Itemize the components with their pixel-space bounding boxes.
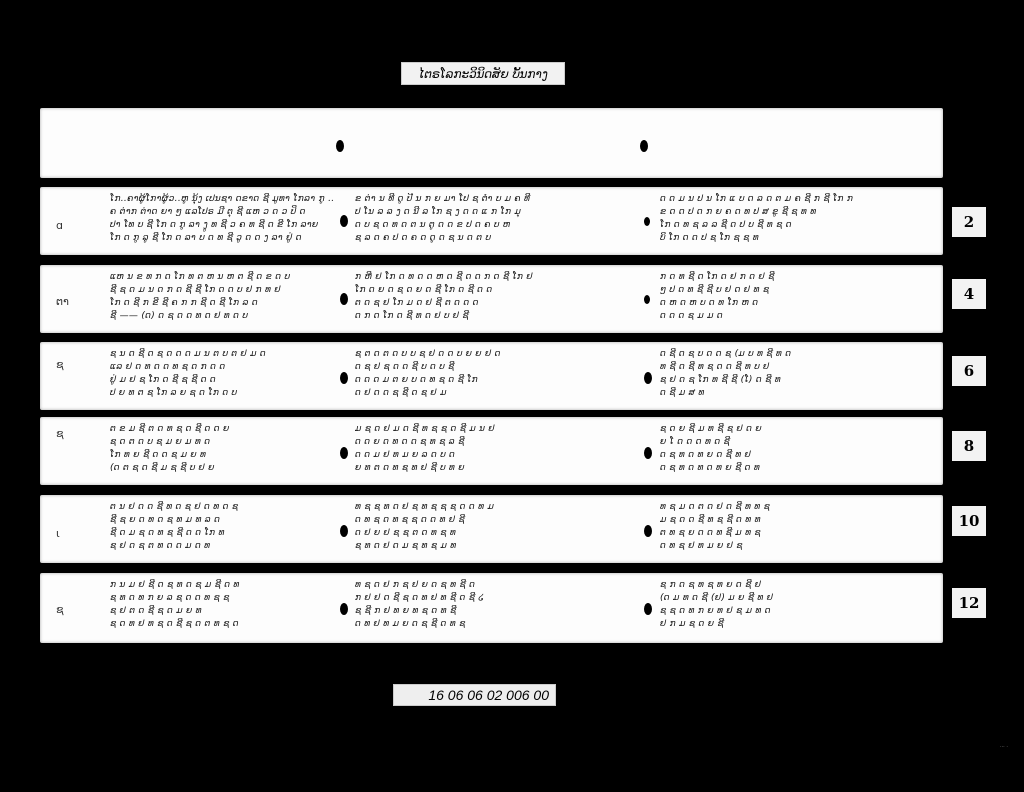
binding-hole-icon	[340, 603, 348, 615]
scan-artifact: ··· ·	[1000, 744, 1016, 752]
text-column-left: ແຫ ນ ຂ ທ ກ ດ ໂກ ທ ຕ ຫ ນ ຫ ຕ ຊີ ດ ຂ ດ ບຊີ…	[110, 271, 335, 323]
text-column-middle: ຂ ຕ່າ ນ ທີ ດູ ປີ ນ ກ ຍ ມາ ໂປ ຊ ຕຳ ບ ມ ຄ …	[355, 193, 640, 245]
document-code: 16 06 06 02 006 00	[428, 687, 549, 703]
binding-hole-icon	[340, 215, 348, 227]
leaf-number-label: 6	[952, 356, 986, 386]
binding-hole-icon	[340, 447, 348, 459]
text-column-left: ຕ ນ ຢ ດ ດ ຊີ ທ ດ ຊ ຢ ດ ທ ດ ຊຊີ ຊ ຍ ດ ທ ດ…	[110, 501, 335, 553]
text-column-middle: ຊ ຕ ດ ຕ ດ ບ ບ ຊ ຢ ດ ດ ບ ຍ ຍ ຢ ດດ ຊ ຢ ຊ ດ…	[355, 348, 640, 400]
palm-leaf-4: ຊ ຕ ຂ ມ ຊີ ຕ ດ ທ ຊ ດ ຊີ ດ ດ ຍຊ ດ ຕ ດ ບ ຊ…	[40, 417, 943, 485]
leaf-number-label: 12	[952, 588, 986, 618]
binding-hole-icon	[340, 525, 348, 537]
binding-hole-icon	[336, 140, 344, 152]
text-column-right: ຊ ກ ດ ຊ ທ ຊ ທ ຍ ດ ຊີ ຢ(ດ ມ ທ ດ ຊີ (ຢ) ມ …	[660, 579, 930, 631]
document-title-label: ໄຕຣໂລກະວິນິດສັຍ ບັ້ນກາງ	[401, 62, 565, 85]
binding-hole-icon	[340, 372, 348, 384]
text-column-right: ຊ ດ ຍ ຊີ ມ ທ ຊີ ຊ ຢ ດ ຍຍ ໂ ດ ດ ດ ທ ດ ຊີດ…	[660, 423, 930, 475]
text-column-left: ກ ນ ມ ຢ ຊີ ດ ຊ ທ ດ ຊ ມ ຊີ ດ ທຊ ທ ດ ທ ກ ຍ…	[110, 579, 335, 631]
folio-mark: ຊ	[56, 427, 64, 440]
binding-hole-icon	[644, 525, 652, 537]
leaf-number-label: 2	[952, 207, 986, 237]
text-column-left: ຊ ນ ດ ຊີ ດ ຊ ດ ດ ດ ມ ນ ຕ ບ ຕ ຢ ມ ດແລ ຢ ດ…	[110, 348, 335, 400]
document-title: ໄຕຣໂລກະວິນິດສັຍ ບັ້ນກາງ	[418, 67, 547, 81]
text-column-middle: ທ ຊ ຊ ທ ດ ຢ ຊ ທ ຊ ຊ ຊ ດ ດ ທ ມດ ທ ຊ ດ ທ ຊ…	[355, 501, 640, 553]
binding-hole-icon	[640, 140, 648, 152]
text-column-left: ຕ ຂ ມ ຊີ ຕ ດ ທ ຊ ດ ຊີ ດ ດ ຍຊ ດ ຕ ດ ບ ຊ ມ…	[110, 423, 335, 475]
text-column-right: ກ ດ ທ ຊີ ດ ໂກ ດ ຢ ກ ດ ຢ ຊີໆ ປ ດ ທ ຊີ ຊີ …	[660, 271, 930, 323]
binding-hole-icon	[644, 217, 650, 226]
binding-hole-icon	[644, 447, 652, 459]
document-code-label: 16 06 06 02 006 00	[393, 684, 556, 706]
leaf-number-label: 4	[952, 279, 986, 309]
folio-mark: ຊ	[56, 603, 64, 616]
folio-mark: ɩ	[56, 527, 60, 540]
text-column-middle: ກ ຫີ ຢ ໂກ ດ ທ ດ ດ ຫ ດ ຊີ ດ ດ ກ ດ ຊີ ໂກ ຢ…	[355, 271, 640, 323]
palm-leaf-cover	[40, 108, 943, 178]
text-column-left: ໂກ..ຄາຜູ້ໂກາຜູ້ວ..ຫູ ນຸ້ງ ເປນຊາ ດຂາດ ຊີ …	[110, 193, 335, 245]
text-column-right: ດ ດ ມ ນ ປ ນ ໂກ ແ ບ ດ ລ ດ ຕ ມ ຄ ຊີ ກ ຊີ ໂ…	[660, 193, 930, 245]
binding-hole-icon	[644, 372, 652, 384]
text-column-right: ທ ຊ ມ ດ ຕ ດ ຢ ດ ຊີ ທ ທ ຊມ ຊ ດ ດ ຊີ ທ ຊ ຊ…	[660, 501, 930, 553]
palm-leaf-1: ɑ ໂກ..ຄາຜູ້ໂກາຜູ້ວ..ຫູ ນຸ້ງ ເປນຊາ ດຂາດ ຊ…	[40, 187, 943, 255]
binding-hole-icon	[340, 293, 348, 305]
folio-mark: ຊ	[56, 358, 64, 371]
palm-leaf-3: ຊ ຊ ນ ດ ຊີ ດ ຊ ດ ດ ດ ມ ນ ຕ ບ ຕ ຢ ມ ດແລ ຢ…	[40, 342, 943, 410]
text-column-right: ດ ຊີ ດ ຊ ບ ດ ດ ຊ (ມ ບ ທ ຊີ ທ ດທ ຊີ ດ ຊີ …	[660, 348, 930, 400]
leaf-number-label: 8	[952, 431, 986, 461]
binding-hole-icon	[644, 603, 652, 615]
palm-leaf-6: ຊ ກ ນ ມ ຢ ຊີ ດ ຊ ທ ດ ຊ ມ ຊີ ດ ທຊ ທ ດ ທ ກ…	[40, 573, 943, 643]
text-column-middle: ທ ຊ ດ ຢ ກ ຊ ຢ ຍ ດ ຊ ທ ຊີ ດກ ຢ ຢ ດ ຊີ ຊ ດ…	[355, 579, 640, 631]
folio-mark: ɑ	[56, 219, 63, 232]
leaf-number-label: 10	[952, 506, 986, 536]
text-column-middle: ມ ຊ ດ ຢ ມ ດ ຊີ ທ ຊ ຊ ດ ຊີ ມ ນ ຢດ ດ ຍ ດ ທ…	[355, 423, 640, 475]
palm-leaf-2: ຕາ ແຫ ນ ຂ ທ ກ ດ ໂກ ທ ຕ ຫ ນ ຫ ຕ ຊີ ດ ຂ ດ …	[40, 265, 943, 333]
palm-leaf-5: ɩ ຕ ນ ຢ ດ ດ ຊີ ທ ດ ຊ ຢ ດ ທ ດ ຊຊີ ຊ ຍ ດ ທ…	[40, 495, 943, 563]
folio-mark: ຕາ	[56, 295, 69, 308]
binding-hole-icon	[644, 295, 650, 304]
